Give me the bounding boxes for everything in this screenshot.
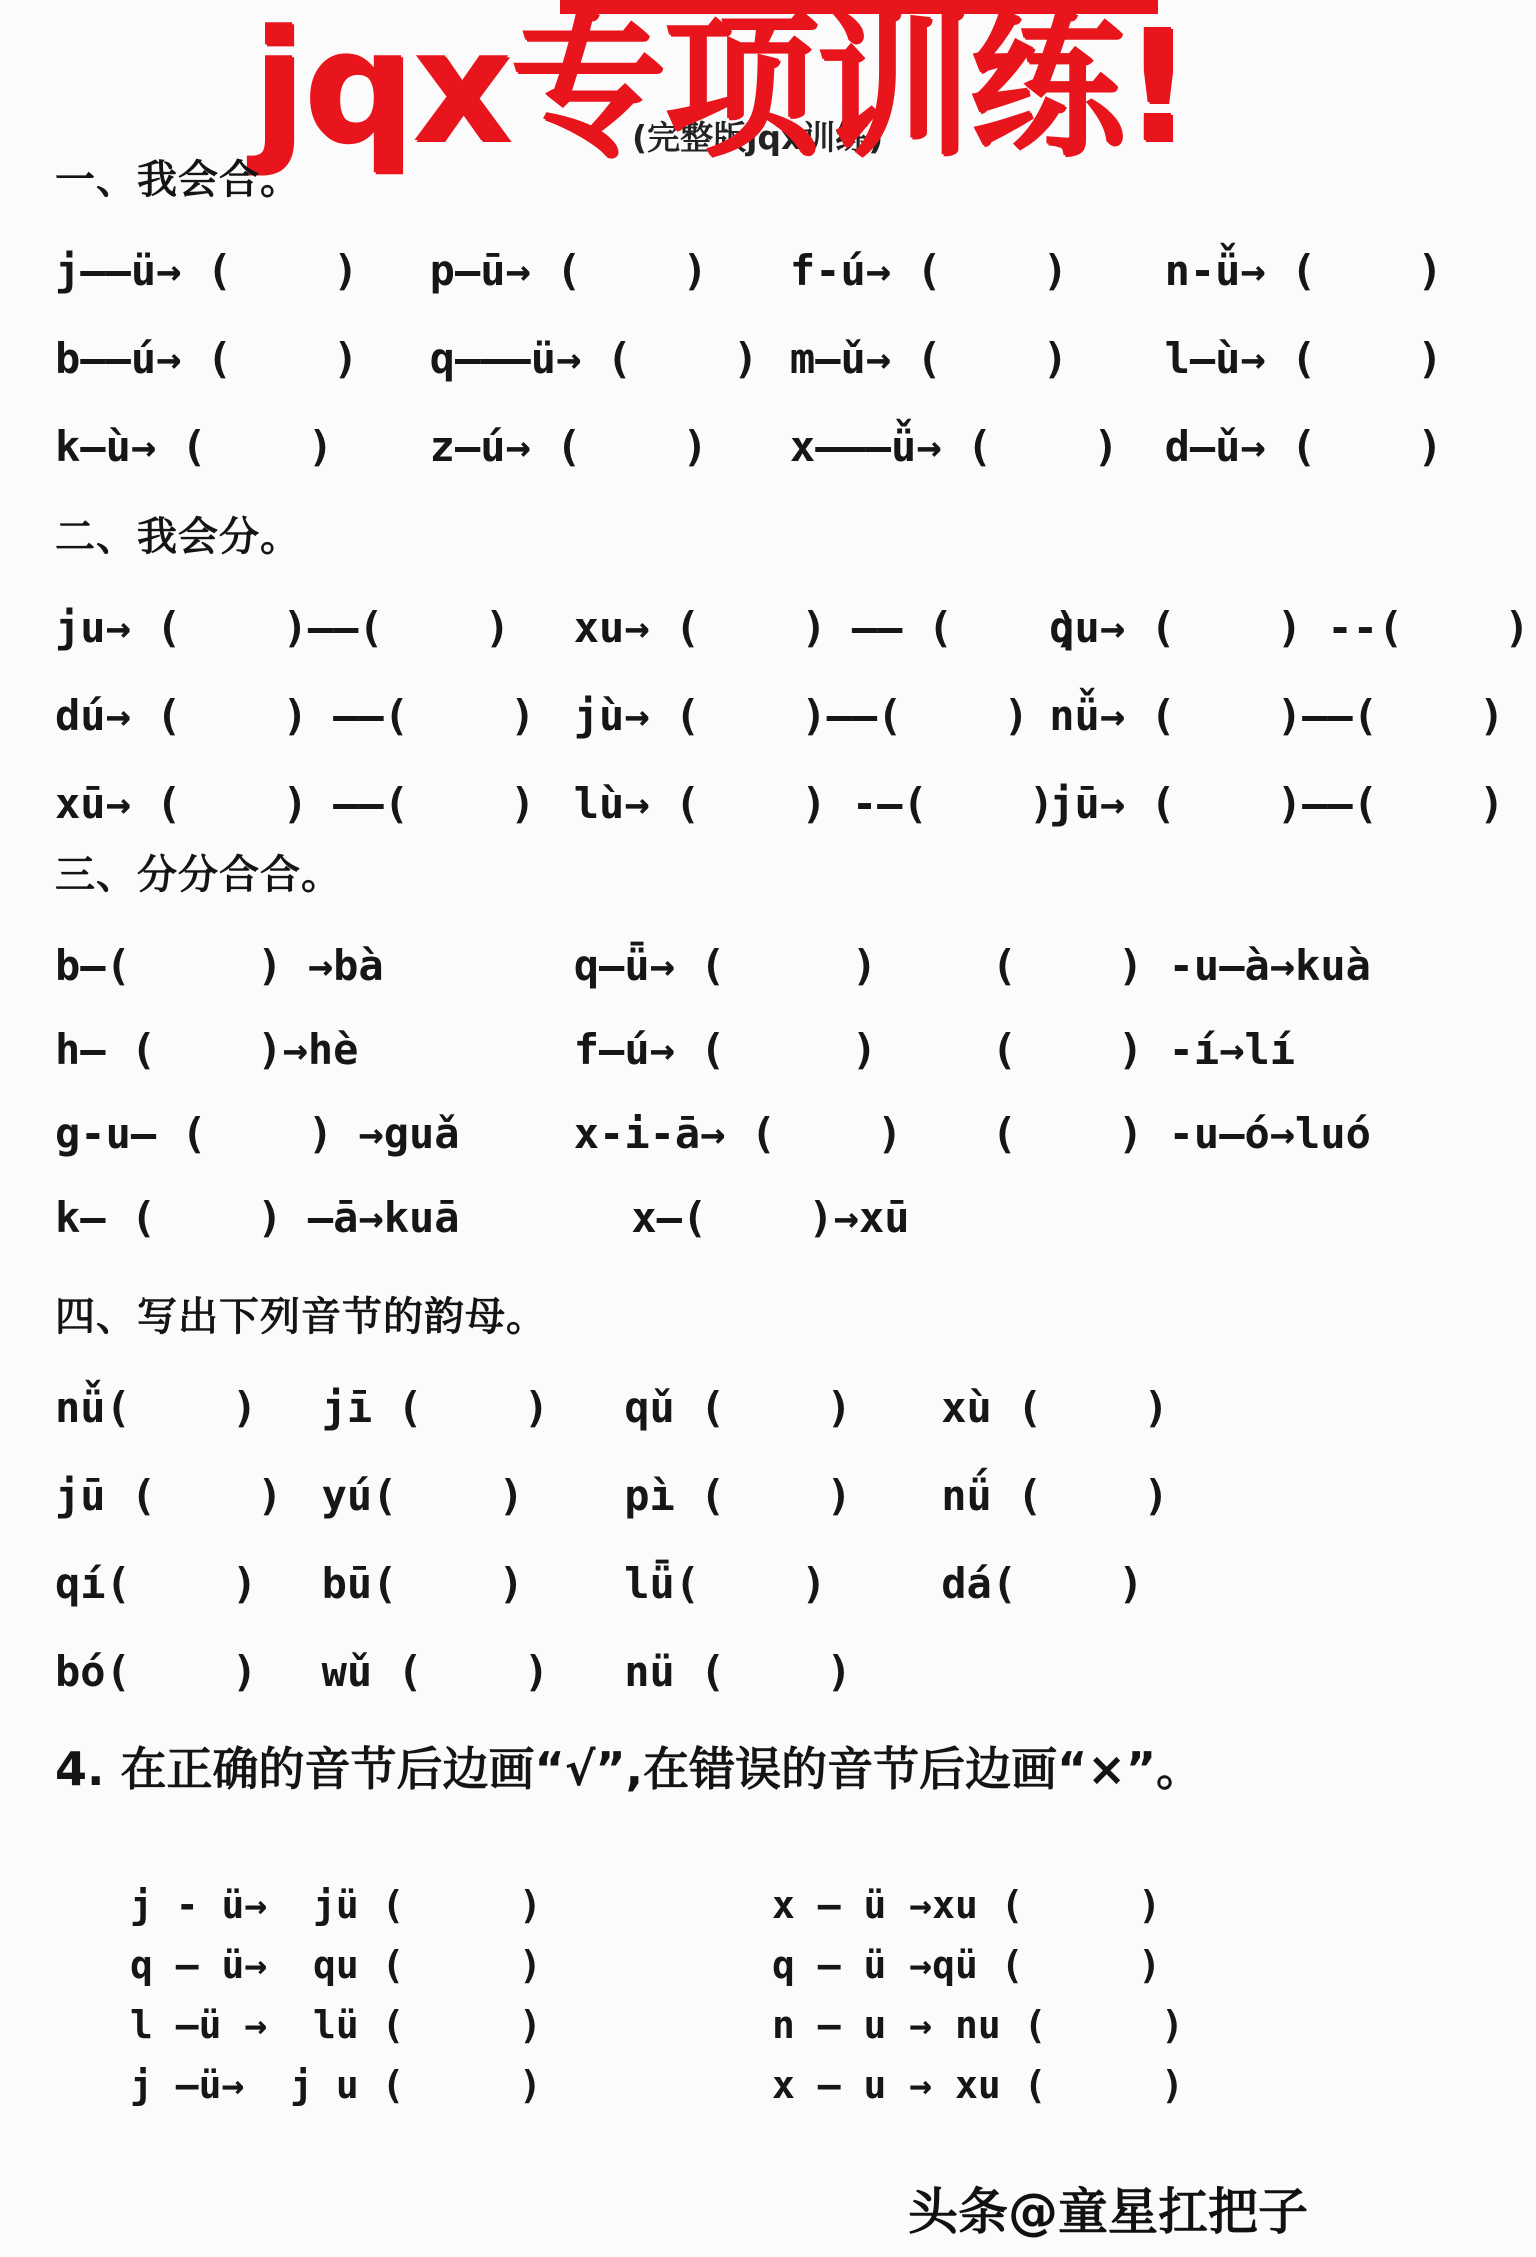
pinyin-item: l —ü → lü ( ) [130, 2001, 772, 2049]
pinyin-item: yú( ) [322, 1470, 625, 1522]
pinyin-item: x———ǚ→ ( ) [790, 421, 1165, 473]
pinyin-item: b—( ) →bà [55, 940, 574, 992]
pinyin-item: lǖ( ) [624, 1558, 941, 1610]
worksheet-section: 三、分分合合。b—( ) →bàq—ǖ→ ( )( ) -u—à→kuàh— (… [55, 843, 1496, 1276]
exercise-row: b——ú→ ( )q———ü→ ( )m—ǔ→ ( )l—ù→ ( ) [55, 333, 1496, 385]
pinyin-item: b——ú→ ( ) [55, 333, 430, 385]
exercise-row: xū→ ( ) ——( )lù→ ( ) -—( )jū→ ( )——( ) [55, 778, 1496, 830]
credit-watermark: 头条@童星扛把子 [908, 2172, 1308, 2244]
pinyin-item: ( ) -í→lí [992, 1024, 1496, 1076]
pinyin-item: ju→ ( )——( ) [55, 602, 574, 654]
worksheet-section: 四、写出下列音节的韵母。nǚ( )jī ( )qǔ ( )xù ( )jū ( … [55, 1285, 1496, 1734]
pinyin-item: dú→ ( ) ——( ) [55, 690, 574, 742]
section-heading: 二、我会分。 [55, 505, 1496, 562]
pinyin-item: jī ( ) [322, 1382, 625, 1434]
exercise-row: j——ü→ ( )p—ū→ ( )f-ú→ ( )n-ǚ→ ( ) [55, 245, 1496, 297]
pinyin-item: nü ( ) [624, 1646, 1496, 1698]
pinyin-item: xù ( ) [941, 1382, 1496, 1434]
worksheet-section: 一、我会合。j——ü→ ( )p—ū→ ( )f-ú→ ( )n-ǚ→ ( )b… [55, 148, 1496, 509]
pinyin-item: p—ū→ ( ) [430, 245, 790, 297]
pinyin-item: q — ü →qü ( ) [772, 1941, 1496, 1989]
pinyin-item: bó( ) [55, 1646, 322, 1698]
exercise-row: dú→ ( ) ——( )jù→ ( )——( )nǚ→ ( )——( ) [55, 690, 1496, 742]
exercise-row: jū ( )yú( )pì ( )nǘ ( ) [55, 1470, 1496, 1522]
pinyin-item: nǚ→ ( )——( ) [1049, 690, 1496, 742]
pinyin-item: wǔ ( ) [322, 1646, 625, 1698]
pinyin-item: l—ù→ ( ) [1165, 333, 1496, 385]
pinyin-item: j - ü→ jü ( ) [130, 1881, 772, 1929]
pinyin-item: j——ü→ ( ) [55, 245, 430, 297]
pinyin-item: qu→ ( ) --( ) [1049, 602, 1496, 654]
exercise-row: l —ü → lü ( )n — u → nu ( ) [55, 2001, 1496, 2049]
pinyin-item: pì ( ) [624, 1470, 941, 1522]
section-heading: 四、写出下列音节的韵母。 [55, 1285, 1496, 1342]
pinyin-item: xū→ ( ) ——( ) [55, 778, 574, 830]
exercise-row: nǚ( )jī ( )qǔ ( )xù ( ) [55, 1382, 1496, 1434]
pinyin-item: j —ü→ j u ( ) [130, 2061, 772, 2109]
section-heading: 一、我会合。 [55, 148, 1496, 205]
pinyin-item: f—ú→ ( ) [574, 1024, 992, 1076]
pinyin-item: n — u → nu ( ) [772, 2001, 1496, 2049]
section-heading: 4. 在正确的音节后边画“√”,在错误的音节后边画“×”。 [55, 1733, 1496, 1799]
exercise-row: h— ( )→hèf—ú→ ( )( ) -í→lí [55, 1024, 1496, 1076]
pinyin-item: lù→ ( ) -—( ) [574, 778, 1050, 830]
pinyin-item: qí( ) [55, 1558, 322, 1610]
exercise-row: b—( ) →bàq—ǖ→ ( )( ) -u—à→kuà [55, 940, 1496, 992]
pinyin-item: jù→ ( )——( ) [574, 690, 1050, 742]
pinyin-item: f-ú→ ( ) [790, 245, 1165, 297]
pinyin-item: dá( ) [941, 1558, 1496, 1610]
pinyin-item: k—ù→ ( ) [55, 421, 430, 473]
pinyin-item: q — ü→ qu ( ) [130, 1941, 772, 1989]
worksheet-section: 4. 在正确的音节后边画“√”,在错误的音节后边画“×”。j - ü→ jü (… [55, 1733, 1496, 2121]
exercise-row: ju→ ( )——( )xu→ ( ) —— ( )qu→ ( ) --( ) [55, 602, 1496, 654]
pinyin-item: nǚ( ) [55, 1382, 322, 1434]
exercise-row: k—ù→ ( )z—ú→ ( )x———ǚ→ ( )d—ǔ→ ( ) [55, 421, 1496, 473]
pinyin-item: ( ) -u—ó→luó [992, 1108, 1496, 1160]
worksheet-section: 二、我会分。ju→ ( )——( )xu→ ( ) —— ( )qu→ ( ) … [55, 505, 1496, 866]
pinyin-item: bū( ) [322, 1558, 625, 1610]
exercise-row: g-u— ( ) →guǎx-i-ā→ ( )( ) -u—ó→luó [55, 1108, 1496, 1160]
exercise-row: qí( )bū( )lǖ( )dá( ) [55, 1558, 1496, 1610]
section-heading: 三、分分合合。 [55, 843, 1496, 900]
pinyin-item: qǔ ( ) [624, 1382, 941, 1434]
pinyin-item: xu→ ( ) —— ( ) [574, 602, 1050, 654]
exercise-row: j - ü→ jü ( )x — ü →xu ( ) [55, 1881, 1496, 1929]
pinyin-item: q—ǖ→ ( ) [574, 940, 992, 992]
pinyin-item: ( ) -u—à→kuà [992, 940, 1496, 992]
pinyin-item: z—ú→ ( ) [430, 421, 790, 473]
pinyin-item: q———ü→ ( ) [430, 333, 790, 385]
pinyin-item: g-u— ( ) →guǎ [55, 1108, 574, 1160]
pinyin-item: x—( )→xū [631, 1192, 1496, 1244]
pinyin-item: jū→ ( )——( ) [1049, 778, 1496, 830]
exercise-row: bó( )wǔ ( )nü ( ) [55, 1646, 1496, 1698]
exercise-row: k— ( ) —ā→kuāx—( )→xū [55, 1192, 1496, 1244]
pinyin-item: nǘ ( ) [941, 1470, 1496, 1522]
pinyin-item: x — ü →xu ( ) [772, 1881, 1496, 1929]
pinyin-item: d—ǔ→ ( ) [1165, 421, 1496, 473]
pinyin-item: h— ( )→hè [55, 1024, 574, 1076]
pinyin-item: k— ( ) —ā→kuā [55, 1192, 631, 1244]
pinyin-item: m—ǔ→ ( ) [790, 333, 1165, 385]
worksheet-body: 一、我会合。j——ü→ ( )p—ū→ ( )f-ú→ ( )n-ǚ→ ( )b… [0, 0, 1536, 2257]
pinyin-item: jū ( ) [55, 1470, 322, 1522]
pinyin-item: x-i-ā→ ( ) [574, 1108, 992, 1160]
pinyin-item: x — u → xu ( ) [772, 2061, 1496, 2109]
pinyin-item: n-ǚ→ ( ) [1165, 245, 1496, 297]
exercise-row: j —ü→ j u ( )x — u → xu ( ) [55, 2061, 1496, 2109]
exercise-row: q — ü→ qu ( )q — ü →qü ( ) [55, 1941, 1496, 1989]
